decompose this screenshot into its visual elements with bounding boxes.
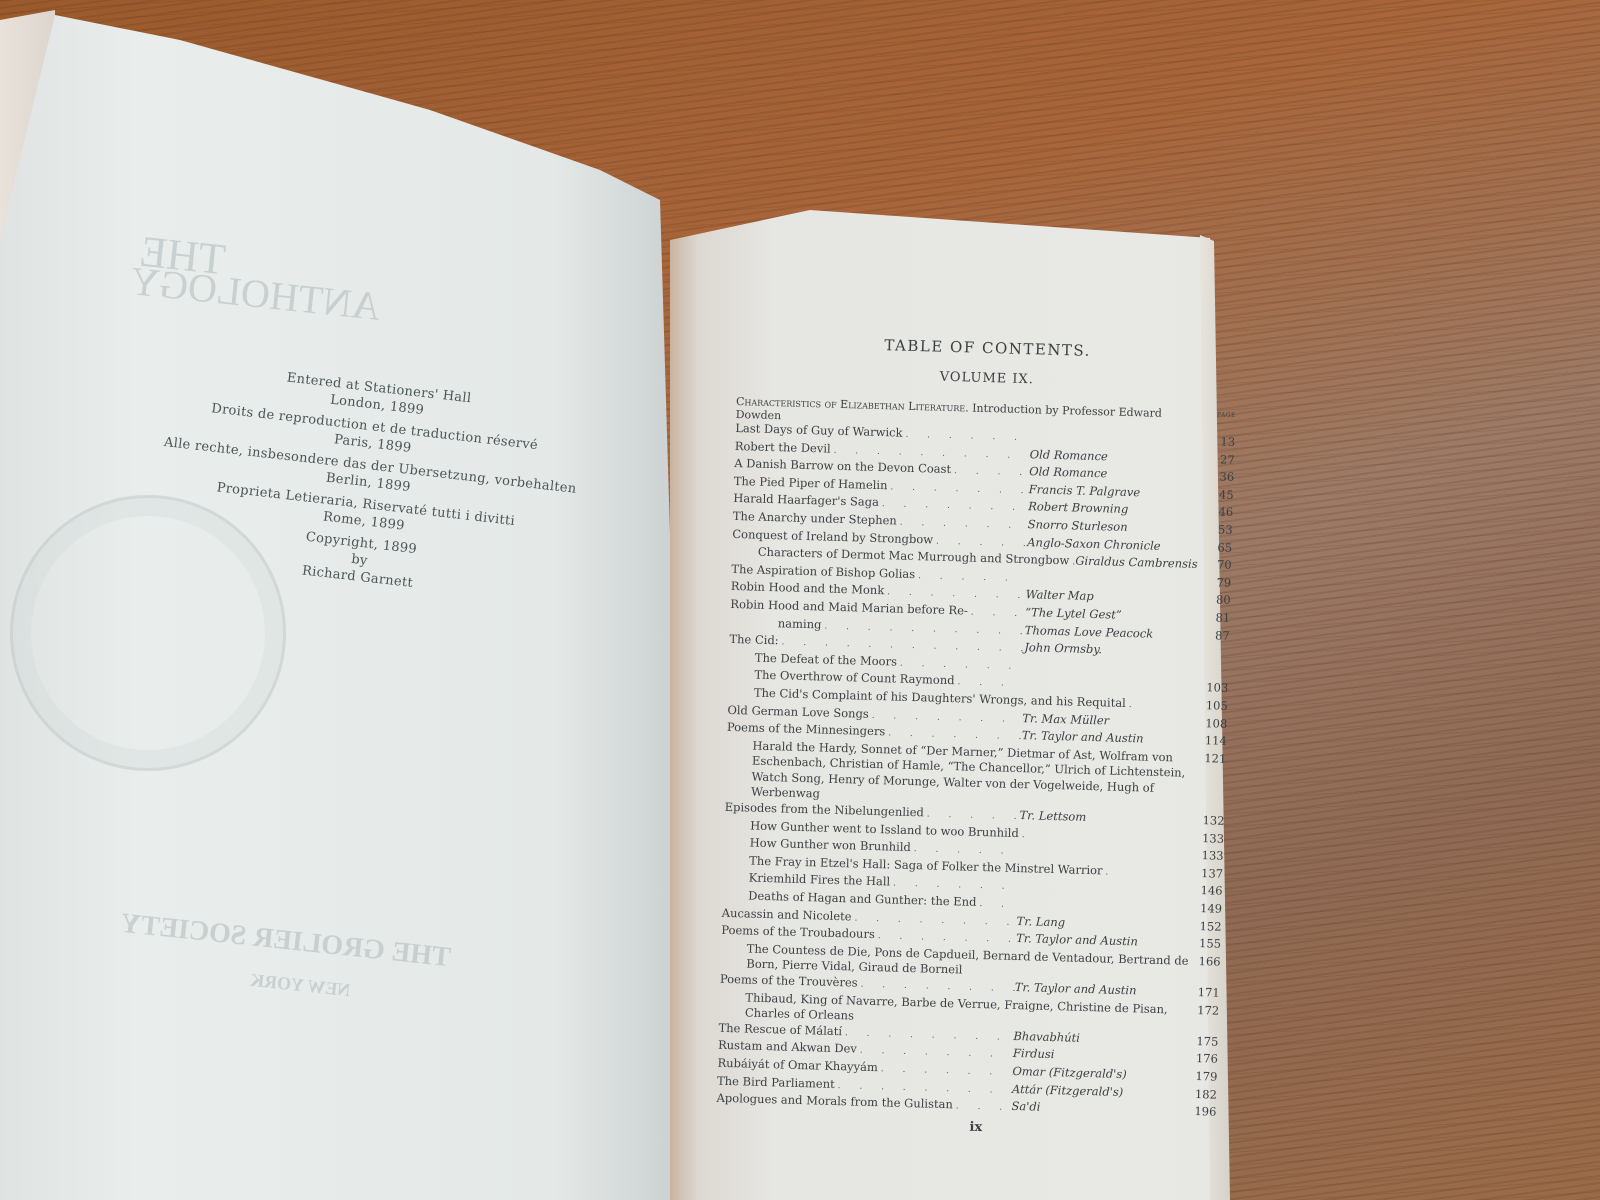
toc-entry-page: 133: [1185, 830, 1224, 847]
dot-leader: . . . . . . . . . . . . . . . . . . . .: [951, 464, 1029, 482]
toc-entry-page: 65: [1192, 539, 1232, 556]
dot-leader: . . . . . . . . . . . . . . . . . . . .: [1019, 828, 1025, 844]
toc-entry-title: Poems of the Troubadours: [721, 923, 875, 943]
toc-entry-page: 149: [1182, 901, 1222, 918]
toc-entry-author: Thomas Love Peacock: [1025, 623, 1190, 643]
toc-entry-title: Robert the Devil: [735, 439, 831, 457]
dot-leader: . . . . . . . . . . . . . . . . . . . .: [976, 897, 1017, 914]
toc-entry-page: 81: [1190, 610, 1230, 627]
toc-entry-author: Tr. Taylor and Austin: [1016, 931, 1181, 951]
dot-leader: . . . . . . . . . . . . . . . . . . . .: [968, 605, 1026, 622]
toc-entry-title: Rustam and Akwan Dev: [718, 1038, 857, 1057]
toc-entry-page: 166: [1193, 954, 1220, 970]
toc-entry-page: 182: [1177, 1086, 1217, 1103]
toc-entry-author: Firdusi: [1013, 1046, 1178, 1066]
toc-entry-title: Poems of the Trouvères: [720, 972, 858, 991]
toc-entry-page: 45: [1193, 487, 1233, 504]
toc-entry-page: 105: [1206, 698, 1228, 714]
toc-entry-title: Robin Hood and the Monk: [731, 579, 885, 599]
toc-entry-title: The Rescue of Málatí: [718, 1021, 842, 1040]
toc-entry-title: naming: [730, 614, 822, 632]
toc-entry-author: Attár (Fitzgerald's): [1012, 1082, 1177, 1102]
toc-entry-author: Giraldus Cambrensis: [1075, 554, 1201, 573]
toc-entry-author: [1026, 581, 1191, 586]
toc-entry-page: 70: [1201, 557, 1232, 573]
toc-entries: Last Days of Guy of Warwick. . . . . . .…: [716, 421, 1235, 1122]
toc-entry-author: Old Romance: [1029, 447, 1194, 467]
toc-entry-page: 79: [1191, 575, 1231, 592]
toc-entry-title: Aucassin and Nicolete: [722, 905, 852, 924]
toc-entry-page: 155: [1181, 936, 1221, 953]
toc-entry-page: 103: [1188, 680, 1228, 697]
toc-entry-page: 152: [1181, 918, 1221, 935]
toc-entry-author: Bhavabhúti: [1013, 1029, 1178, 1049]
toc-entry-author: John Ormsby.: [1024, 640, 1189, 660]
toc-entry-title: The Pied Piper of Hamelin: [734, 474, 888, 494]
dot-leader: . . . . . . . . . . . . . . . . . . . .: [915, 569, 1027, 588]
dot-leader: . . . . . . . . . . . . . . . . . . . .: [1126, 698, 1132, 714]
toc-entry-author: Francis T. Palgrave: [1028, 482, 1193, 502]
toc-entry-page: [1189, 656, 1229, 657]
open-book: THE ANTHOLOGY THE GROLIER SOCIETY NEW YO…: [0, 0, 1600, 1200]
toc-entry-page: 132: [1184, 813, 1224, 830]
dot-leader: . . . . . . . . . . . . . . . . . . . .: [953, 1099, 1012, 1116]
toc-entry-page: 53: [1192, 522, 1232, 539]
toc-entry-author: [1017, 907, 1182, 912]
toc-entry-author: Robert Browning: [1028, 500, 1193, 520]
toc-entry-page: 121: [1204, 751, 1226, 767]
toc-entry-title: Harald Haarfager's Saga: [733, 491, 879, 511]
toc-entry-page: 114: [1187, 733, 1227, 750]
toc-entry-author: Tr. Taylor and Austin: [1022, 728, 1187, 748]
toc-entry-title: The Defeat of the Moors: [729, 650, 897, 670]
toc-entry-title: Kriemhild Fires the Hall: [723, 870, 891, 890]
page-column-header: PAGE: [1217, 408, 1236, 422]
toc-entry-title: The Anarchy under Stephen: [733, 509, 897, 529]
table-of-contents: TABLE OF CONTENTS. VOLUME IX. PAGE Chara…: [716, 332, 1238, 1141]
toc-entry-author: Tr. Lang: [1016, 914, 1181, 934]
toc-entry-title: Poems of the Minnesingers: [727, 720, 886, 740]
toc-entry-author: [1019, 854, 1184, 859]
toc-entry-author: Anglo-Saxon Chronicle: [1027, 535, 1192, 555]
toc-entry-author: Tr. Max Müller: [1022, 711, 1187, 731]
toc-entry-page: 176: [1178, 1051, 1218, 1068]
toc-entry-author: Omar (Fitzgerald's): [1012, 1064, 1177, 1084]
toc-entry-author: Tr. Taylor and Austin: [1015, 980, 1180, 1000]
dot-leader: . . . . . . . . . . . . . . . . . . . .: [1102, 865, 1108, 881]
toc-entry-author: Tr. Lettsom: [1019, 808, 1184, 828]
toc-entry-author: [1030, 440, 1195, 445]
toc-entry-page: [1189, 673, 1229, 674]
toc-entry-page: 13: [1195, 434, 1235, 451]
toc-entry-page: 196: [1176, 1104, 1216, 1121]
toc-entry-author: Old Romance: [1029, 464, 1194, 484]
toc-entry-page: 80: [1190, 592, 1230, 609]
toc-entry-title: The Cid:: [729, 632, 779, 649]
toc-entry-author: Walter Map: [1026, 587, 1191, 607]
toc-entry-page: 133: [1183, 848, 1223, 865]
toc-entry-title: Rubáiyát of Omar Khayyám: [717, 1056, 878, 1076]
toc-entry-author: [1108, 874, 1200, 877]
toc-entry-page: 137: [1200, 866, 1223, 882]
toc-entry-title: The Bird Parliament: [717, 1073, 835, 1092]
toc-entry-page: 87: [1189, 627, 1229, 644]
toc-entry-page: 108: [1187, 715, 1227, 732]
toc-entry-author: [1024, 669, 1189, 674]
toc-entry-author: [1025, 837, 1185, 841]
toc-entry-author: Snorro Sturleson: [1028, 517, 1193, 537]
toc-entry-page: 46: [1193, 504, 1233, 521]
toc-entry-page: 175: [1178, 1033, 1218, 1050]
toc-entry-author: [1132, 707, 1206, 709]
toc-entry-page: 146: [1182, 883, 1222, 900]
toc-entry-author: “The Lytel Gest”: [1025, 605, 1190, 625]
toc-entry-author: Sa'di: [1011, 1099, 1176, 1119]
toc-entry-title: Old German Love Songs: [727, 702, 869, 722]
toc-volume: VOLUME IX.: [737, 364, 1237, 393]
toc-entry-page: 179: [1177, 1069, 1217, 1086]
toc-entry-author: [1018, 889, 1183, 894]
toc-entry-page: 36: [1194, 469, 1234, 486]
toc-entry-author: [1023, 686, 1188, 691]
toc-entry-page: 171: [1180, 985, 1220, 1002]
toc-entry-page: 172: [1186, 1002, 1219, 1019]
toc-entry-page: 27: [1194, 451, 1234, 468]
